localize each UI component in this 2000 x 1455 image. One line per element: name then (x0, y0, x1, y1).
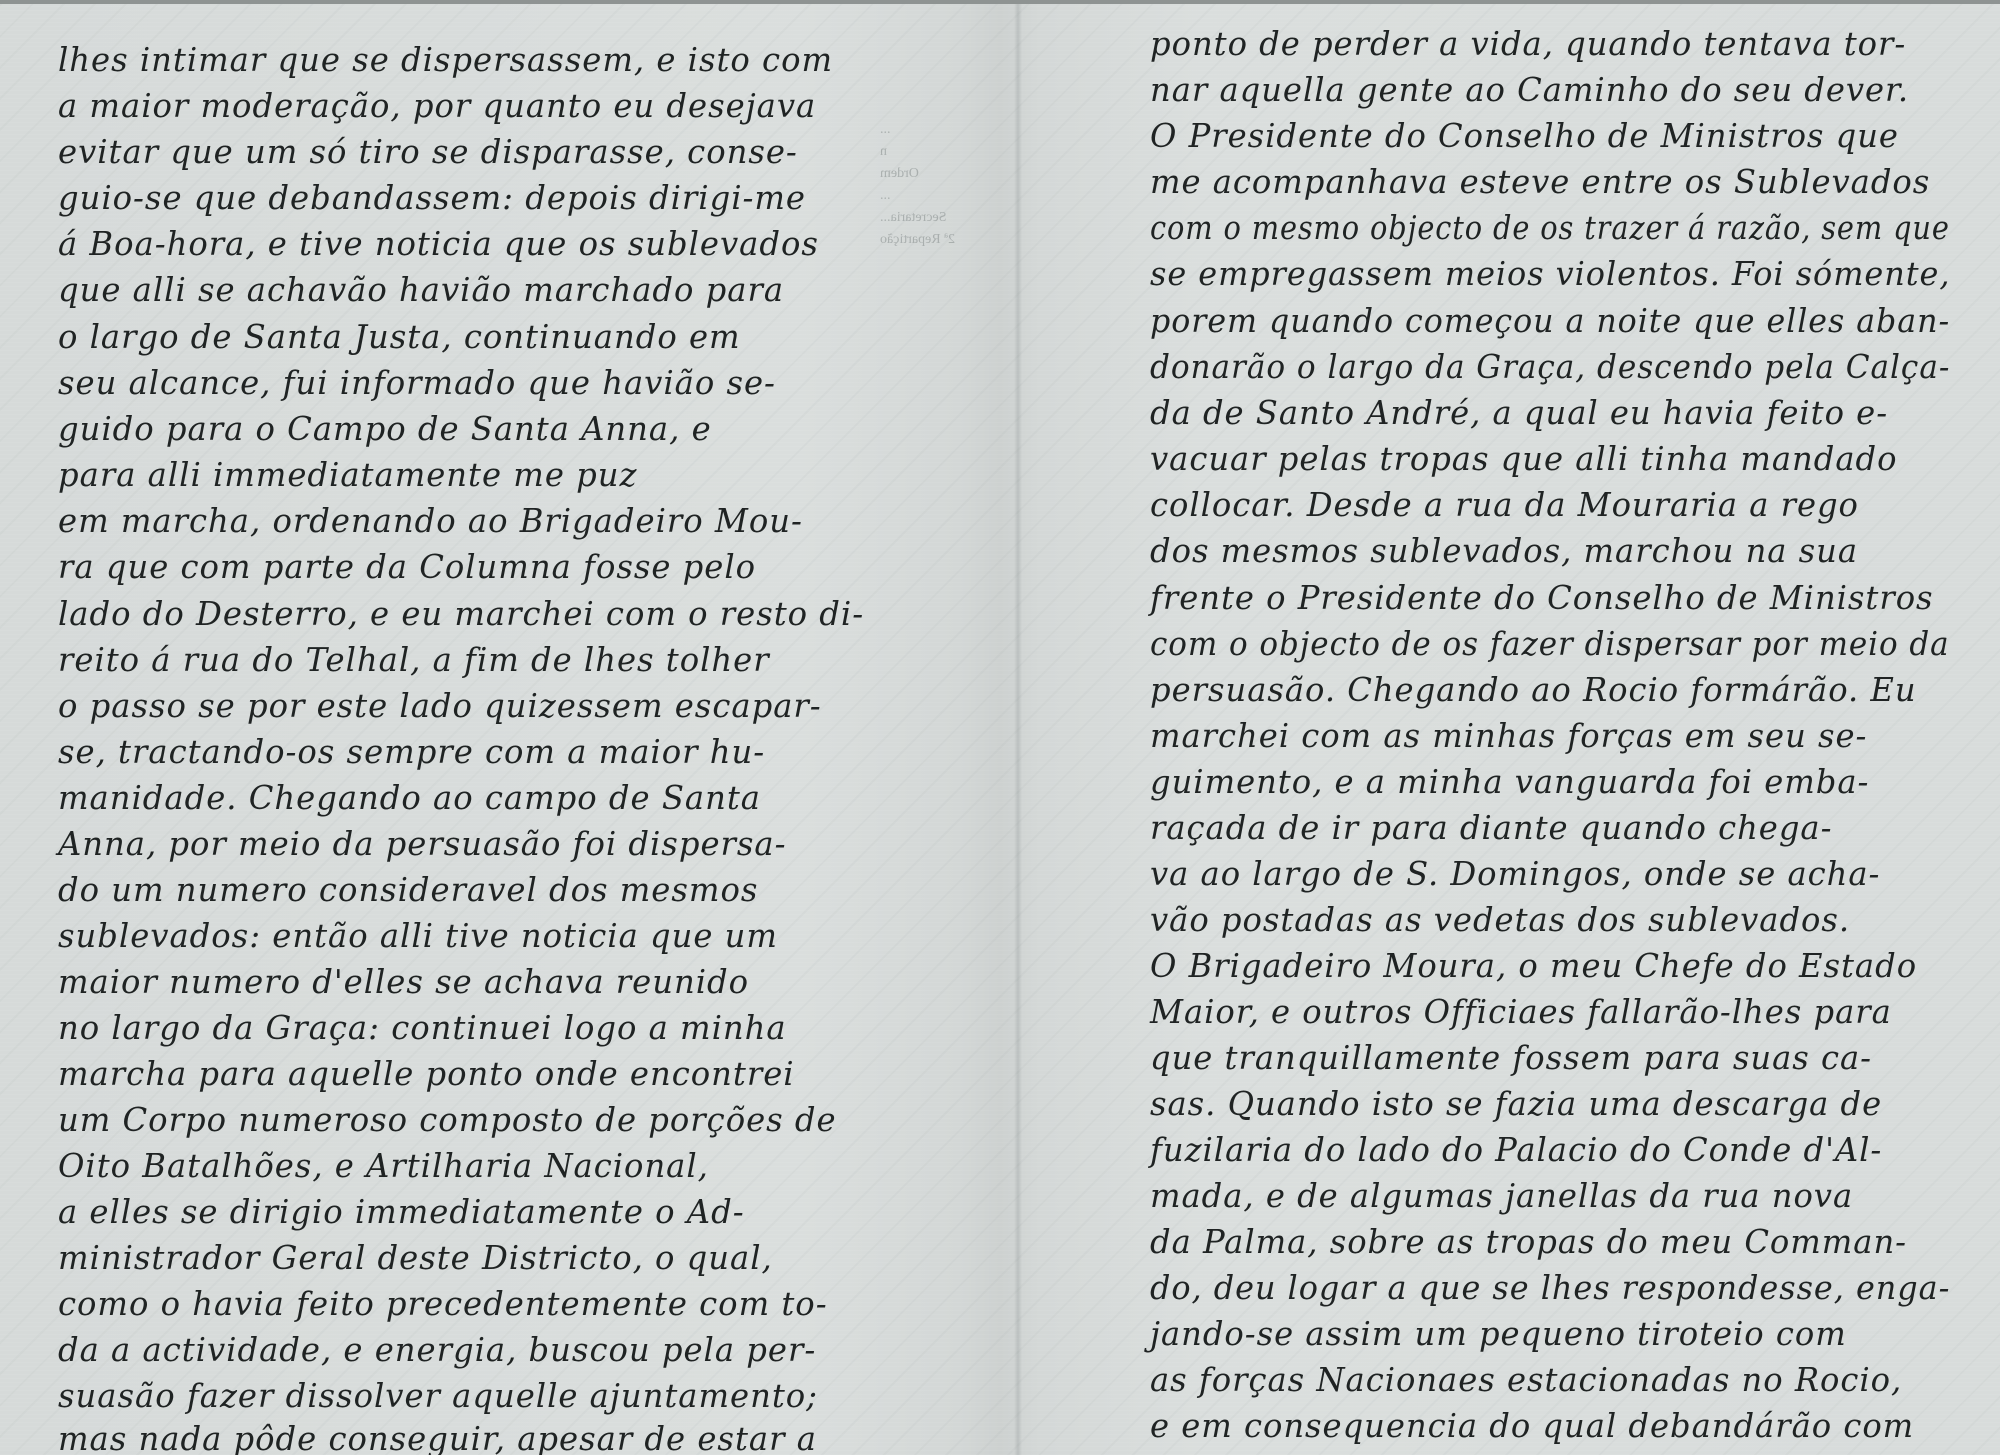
handwritten-line: da a actividade, e energia, buscou pela … (58, 1330, 918, 1369)
handwritten-line: reito á rua do Telhal, a fim de lhes tol… (58, 640, 918, 679)
handwritten-line: a maior moderação, por quanto eu desejav… (58, 86, 918, 125)
handwritten-line: me acompanhava esteve entre os Sublevado… (1150, 162, 1950, 201)
handwritten-line: sas. Quando isto se fazia uma descarga d… (1150, 1084, 1950, 1123)
handwritten-line: frente o Presidente do Conselho de Minis… (1150, 578, 1950, 617)
handwritten-line: O Presidente do Conselho de Ministros qu… (1150, 116, 1950, 155)
handwritten-line: mas nada pôde conseguir, apesar de estar… (58, 1419, 918, 1455)
manuscript-spread: ... n Ordem ... Secretaria... 2ª Reparti… (0, 4, 2000, 1455)
handwritten-line: manidade. Chegando ao campo de Santa (58, 778, 918, 817)
handwritten-line: marcha para aquelle ponto onde encontrei (58, 1054, 918, 1093)
handwritten-line: jando-se assim um pequeno tiroteio com (1150, 1314, 1950, 1353)
handwritten-line: dos mesmos sublevados, marchou na sua (1150, 531, 1950, 570)
handwritten-line: Oito Batalhões, e Artilharia Nacional, (58, 1146, 918, 1185)
handwritten-line: seu alcance, fui informado que havião se… (58, 363, 918, 402)
handwritten-line: ra que com parte da Columna fosse pelo (58, 547, 918, 586)
handwritten-line: guimento, e a minha vanguarda foi emba- (1150, 762, 1950, 801)
handwritten-line: Anna, por meio da persuasão foi dispersa… (58, 824, 918, 863)
handwritten-line: lado do Desterro, e eu marchei com o res… (58, 594, 918, 633)
handwritten-line: guido para o Campo de Santa Anna, e (58, 409, 918, 448)
handwritten-line: maior numero d'elles se achava reunido (58, 962, 918, 1001)
handwritten-line: mada, e de algumas janellas da rua nova (1150, 1176, 1950, 1215)
handwritten-line: do, deu logar a que se lhes respondesse,… (1150, 1268, 1942, 1307)
handwritten-line: um Corpo numeroso composto de porções de (58, 1100, 918, 1139)
handwritten-line: lhes intimar que se dispersassem, e isto… (58, 40, 918, 79)
handwritten-line: como o havia feito precedentemente com t… (58, 1284, 918, 1323)
handwritten-line: o largo de Santa Justa, continuando em (58, 317, 918, 356)
handwritten-line: evitar que um só tiro se disparasse, con… (58, 132, 918, 171)
handwritten-line: persuasão. Chegando ao Rocio formárão. E… (1150, 670, 1950, 709)
handwritten-line: suasão fazer dissolver aquelle ajuntamen… (58, 1376, 918, 1415)
handwritten-line: marchei com as minhas forças em seu se- (1150, 716, 1950, 755)
handwritten-line: O Brigadeiro Moura, o meu Chefe do Estad… (1150, 946, 1950, 985)
handwritten-line: que alli se achavão havião marchado para (58, 270, 918, 309)
handwritten-line: nar aquella gente ao Caminho do seu deve… (1150, 70, 1950, 109)
handwritten-line: á Boa-hora, e tive noticia que os sublev… (58, 224, 918, 263)
handwritten-line: da Palma, sobre as tropas do meu Comman- (1150, 1222, 1950, 1261)
handwritten-line: para alli immediatamente me puz (58, 455, 918, 494)
handwritten-line: vacuar pelas tropas que alli tinha manda… (1150, 439, 1950, 478)
handwritten-line: donarão o largo da Graça, descendo pela … (1150, 347, 1924, 386)
handwritten-line: com o mesmo objecto de os trazer á razão… (1150, 208, 1866, 247)
handwritten-line: se, tractando-os sempre com a maior hu- (58, 732, 918, 771)
handwritten-line: fuzilaria do lado do Palacio do Conde d'… (1150, 1130, 1950, 1169)
handwritten-line: va ao largo de S. Domingos, onde se acha… (1150, 854, 1950, 893)
handwritten-line: em marcha, ordenando ao Brigadeiro Mou- (58, 501, 918, 540)
handwritten-line: ponto de perder a vida, quando tentava t… (1150, 24, 1950, 63)
handwritten-line: Maior, e outros Officiaes fallarão-lhes … (1150, 992, 1950, 1031)
handwritten-line: o passo se por este lado quizessem escap… (58, 686, 918, 725)
handwritten-line: que tranquillamente fossem para suas ca- (1150, 1038, 1950, 1077)
handwritten-line: sublevados: então alli tive noticia que … (58, 916, 918, 955)
handwritten-line: vão postadas as vedetas dos sublevados. (1150, 900, 1950, 939)
handwritten-line: se empregassem meios violentos. Foi sóme… (1150, 254, 1942, 293)
handwritten-line: collocar. Desde a rua da Mouraria a rego (1150, 485, 1950, 524)
handwritten-line: com o objecto de os fazer dispersar por … (1150, 624, 1920, 663)
handwritten-line: porem quando começou a noite que elles a… (1150, 301, 1937, 340)
handwritten-line: e em consequencia do qual debandárão com (1150, 1406, 1950, 1445)
handwritten-line: ministrador Geral deste Districto, o qua… (58, 1238, 918, 1277)
handwritten-line: no largo da Graça: continuei logo a minh… (58, 1008, 918, 1047)
handwritten-line: a elles se dirigio immediatamente o Ad- (58, 1192, 918, 1231)
handwritten-line: guio-se que debandassem: depois dirigi-m… (58, 178, 918, 217)
handwritten-line: do um numero consideravel dos mesmos (58, 870, 918, 909)
handwritten-line: raçada de ir para diante quando chega- (1150, 808, 1950, 847)
handwritten-line: as forças Nacionaes estacionadas no Roci… (1150, 1360, 1950, 1399)
handwritten-line: da de Santo André, a qual eu havia feito… (1150, 393, 1950, 432)
